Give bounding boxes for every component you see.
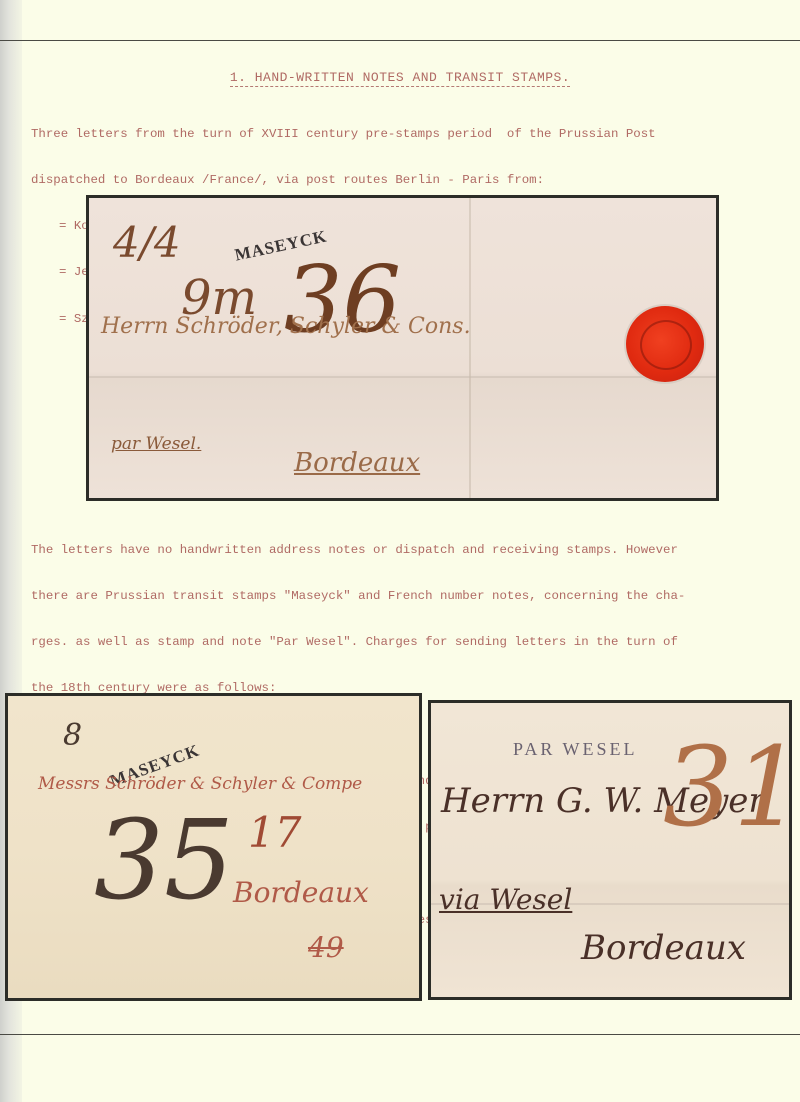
fold-line <box>469 198 471 498</box>
notes-line: rges. as well as stamp and note "Par Wes… <box>31 635 786 650</box>
notes-line: there are Prussian transit stamps "Masey… <box>31 589 786 604</box>
page-title: 1. HAND-WRITTEN NOTES AND TRANSIT STAMPS… <box>0 70 800 85</box>
charge-mark: 49 <box>308 931 344 964</box>
routing-note: par Wesel. <box>111 434 201 454</box>
intro-line: Three letters from the turn of XVIII cen… <box>31 127 786 142</box>
destination-city: Bordeaux <box>581 928 746 968</box>
destination-city: Bordeaux <box>294 448 420 478</box>
charge-mark: 17 <box>248 808 301 857</box>
top-rule <box>0 40 800 41</box>
fold-line <box>89 376 716 378</box>
routing-note: via Wesel <box>439 883 572 916</box>
charge-mark: 4/4 <box>113 218 181 267</box>
cover-kolobrzeg: MASEYCK 4/4 9m 36 Herrn Schröder, Schyle… <box>86 195 719 501</box>
cover-szczecin: PAR WESEL Herrn G. W. Meyer 31 via Wesel… <box>428 700 792 1000</box>
cover-jelenia-gora: 8 MASEYCK Messrs Schröder & Schyler & Co… <box>5 693 422 1001</box>
address-line: Herrn Schröder, Schyler & Cons. <box>101 314 471 339</box>
charge-mark: 35 <box>94 796 234 924</box>
intro-line: dispatched to Bordeaux /France/, via pos… <box>31 173 786 188</box>
charge-mark: 31 <box>663 723 792 851</box>
par-wesel-transit-stamp: PAR WESEL <box>513 739 638 760</box>
wax-seal-icon <box>626 306 704 382</box>
bottom-rule <box>0 1034 800 1035</box>
destination-city: Bordeaux <box>233 876 369 909</box>
charge-mark: 8 <box>63 718 82 753</box>
notes-line: The letters have no handwritten address … <box>31 543 786 558</box>
address-line: Messrs Schröder & Schyler & Compe <box>38 774 362 794</box>
